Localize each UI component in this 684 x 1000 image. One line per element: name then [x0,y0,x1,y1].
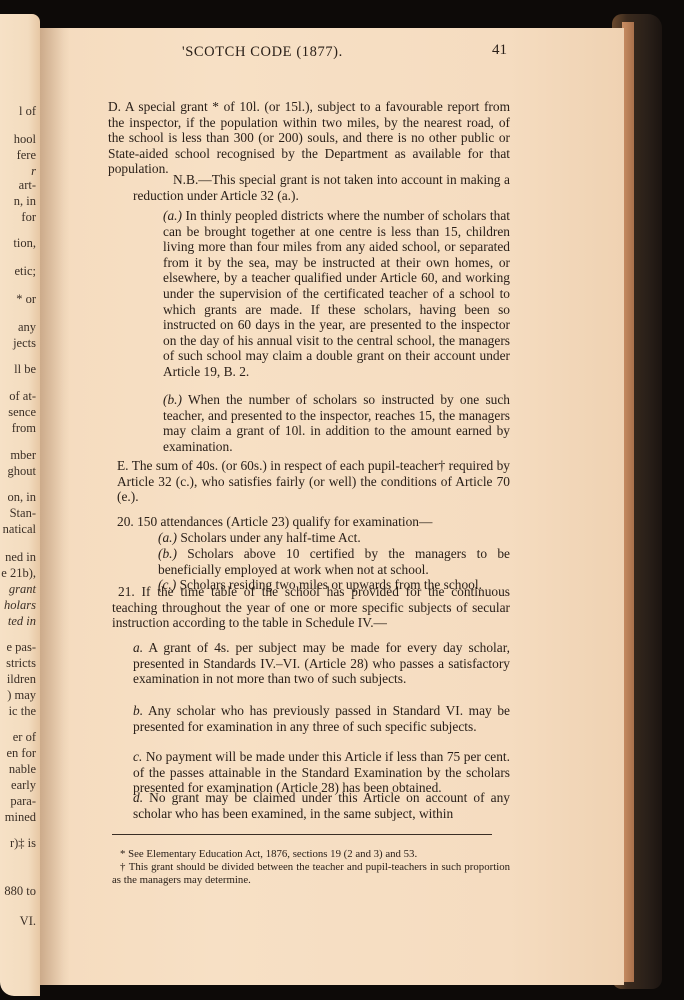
left-page: l of hool fere r art- n, in for tion, et… [0,14,40,996]
article-20-item-a: (a.) Scholars under any half-time Act. [158,530,510,546]
left-fragment: mber [10,448,36,463]
left-fragment: er of [13,730,36,745]
left-fragment: ted in [8,614,36,629]
left-fragment: n, in [14,194,36,209]
left-fragment: VI. [20,914,36,929]
article-21-item-d: d. No grant may be claimed under this Ar… [133,790,510,821]
left-fragment: jects [13,336,36,351]
left-fragment: early [11,778,36,793]
left-fragment: tion, [13,236,36,251]
paragraph-d: D. A special grant * of 10l. (or 15l.), … [108,99,510,177]
paragraph-d-b: (b.) When the number of scholars so inst… [163,392,510,454]
running-title: 'SCOTCH CODE (1877). [182,44,343,61]
paragraph-e: E. The sum of 40s. (or 60s.) in respect … [117,458,510,505]
footnote-2: † This grant should be divided between t… [112,861,510,886]
left-fragment: r)‡ is [10,836,36,851]
left-fragment: ildren [7,672,36,687]
footnote-divider [112,834,492,835]
paragraph-d-a: (a.) In thinly peopled districts where t… [163,208,510,380]
left-fragment: ghout [8,464,36,479]
left-fragment: stricts [6,656,36,671]
left-fragment: etic; [14,264,36,279]
left-fragment: grant [9,582,36,597]
left-fragment: ) may [7,688,36,703]
left-fragment: * or [16,292,36,307]
article-21: 21. If the time table of the school has … [112,584,510,631]
left-fragment: para- [10,794,36,809]
left-fragment: fere [17,148,36,163]
left-fragment: art- [19,178,36,193]
left-fragment: r [31,164,36,179]
left-fragment: for [21,210,36,225]
article-20-item-b: (b.) Scholars above 10 certified by the … [158,546,510,577]
left-fragment: sence [8,405,36,420]
left-fragment: of at- [9,389,36,404]
article-20: 20. 150 attendances (Article 23) qualify… [117,514,510,530]
article-21-item-c: c. No payment will be made under this Ar… [133,749,510,796]
left-fragment: ic the [9,704,36,719]
left-fragment: en for [7,746,37,761]
left-fragment: any [18,320,36,335]
left-fragment: e 21b), [1,566,36,581]
left-fragment: from [12,421,36,436]
left-fragment: l of [19,104,36,119]
left-fragment: 880 to [4,884,36,899]
left-fragment: on, in [8,490,36,505]
gutter-shadow [40,28,70,985]
left-fragment: ll be [14,362,36,377]
nota-bene: N.B.—This special grant is not taken int… [133,172,510,203]
left-fragment: nable [9,762,36,777]
left-fragment: e pas- [7,640,37,655]
left-fragment: mined [5,810,36,825]
left-fragment: Stan- [10,506,36,521]
footnote-1: * See Elementary Education Act, 1876, se… [120,848,510,861]
left-fragment: natical [3,522,36,537]
left-fragment: ned in [5,550,36,565]
page-number: 41 [492,42,507,59]
article-21-item-b: b. Any scholar who has previously passed… [133,703,510,734]
left-fragment: hool [14,132,36,147]
article-21-item-a: a. A grant of 4s. per subject may be mad… [133,640,510,687]
left-fragment: holars [4,598,36,613]
